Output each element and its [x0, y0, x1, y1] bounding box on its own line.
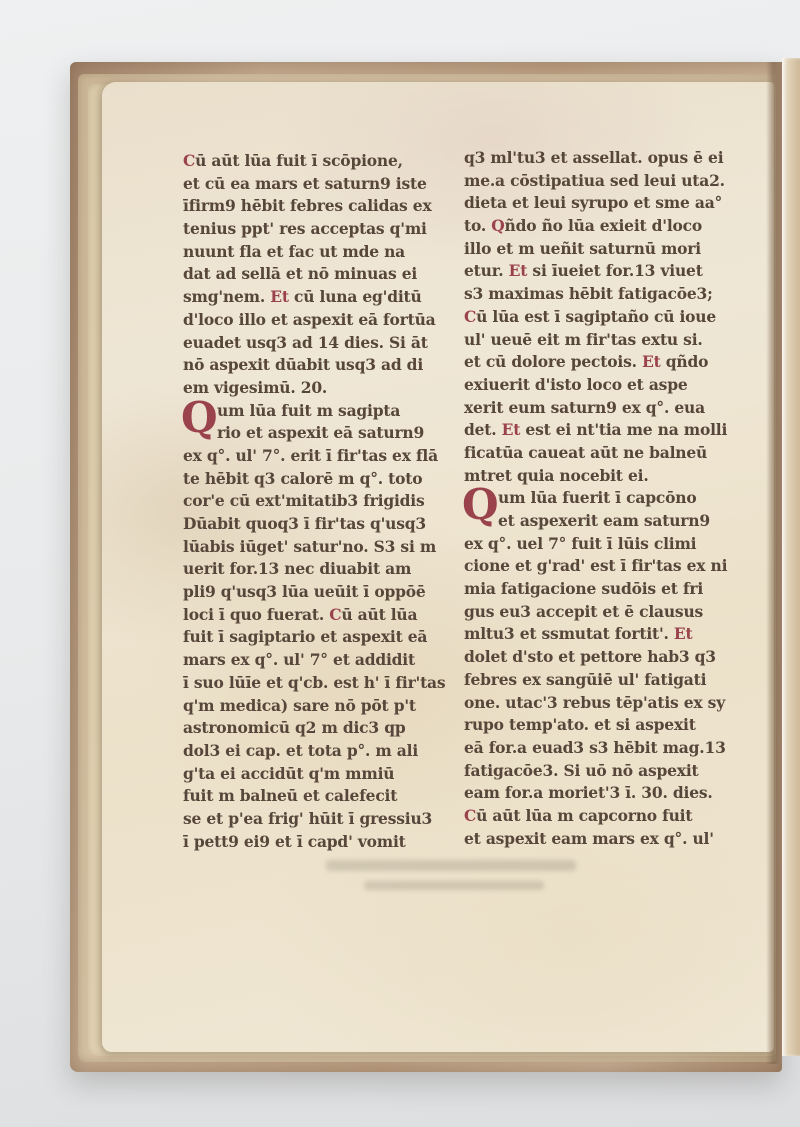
- manuscript-text-line: uerit for.13 nec diuabit am: [183, 558, 465, 581]
- ink-text: xerit eum saturn9 ex q°. eua: [464, 398, 705, 417]
- ink-text: uerit for.13 nec diuabit am: [183, 559, 411, 578]
- ink-text: q'm medica) sare nō pōt p't: [183, 696, 416, 715]
- manuscript-text-line: et aspexit eam mars ex q°. ul': [464, 828, 764, 851]
- photo-background: Cū aūt lūa fuit ī scōpione,et cū ea mars…: [0, 0, 800, 1127]
- ink-text: mars ex q°. ul' 7° et addidit: [183, 650, 415, 669]
- manuscript-text-line: mltu3 et ssmutat fortit'. Et: [464, 623, 764, 646]
- manuscript-text-line: s3 maximas hēbit fatigacōe3;: [464, 283, 764, 306]
- manuscript-text-line: etur. Et si īueiet for.13 viuet: [464, 260, 764, 283]
- rubricated-text: Et: [502, 420, 521, 439]
- show-through-ghost-text: [324, 854, 592, 906]
- ink-text: ficatūa caueat aūt ne balneū: [464, 443, 707, 462]
- manuscript-text-line: eā for.a euad3 s3 hēbit mag.13: [464, 737, 764, 760]
- manuscript-text-line: Dūabit quoq3 ī fir'tas q'usq3: [183, 513, 465, 536]
- manuscript-text-line: exiuerit d'isto loco et aspe: [464, 374, 764, 397]
- book-gutter-shadow: [766, 62, 782, 1064]
- manuscript-text-line: Qum lūa fuerit ī capcōno: [464, 487, 764, 510]
- manuscript-text-line: q3 ml'tu3 et assellat. opus ē ei: [464, 147, 764, 170]
- ink-text: cū luna eg'ditū: [289, 287, 422, 306]
- ink-text: cione et g'rad' est ī fir'tas ex ni: [464, 556, 727, 575]
- manuscript-text-line: nuunt fla et fac ut mde na: [183, 241, 465, 264]
- ink-text: etur.: [464, 261, 509, 280]
- ink-text: rupo temp'ato. et si aspexit: [464, 715, 696, 734]
- ink-text: et aspexit eam mars ex q°. ul': [464, 829, 714, 848]
- manuscript-text-line: q'm medica) sare nō pōt p't: [183, 695, 465, 718]
- ink-text: dat ad sellā et nō minuas ei: [183, 264, 417, 283]
- ink-text: eam for.a moriet'3 ī. 30. dies.: [464, 783, 713, 802]
- ink-text: et cū dolore pectois.: [464, 352, 642, 371]
- ink-text: et aspexerit eam saturn9: [498, 511, 710, 530]
- manuscript-text-line: se et p'ea frig' hūit ī gressiu3: [183, 808, 465, 831]
- ink-text: dieta et leui syrupo et sme aa°: [464, 193, 722, 212]
- ink-text: qñdo: [661, 352, 709, 371]
- manuscript-text-line: fuit m balneū et calefecit: [183, 785, 465, 808]
- ink-text: ū aūt lūa fuit ī scōpione,: [195, 151, 403, 170]
- manuscript-text-line: cor'e cū ext'mitatib3 frigidis: [183, 490, 465, 513]
- manuscript-text-line: fatigacōe3. Si uō nō aspexit: [464, 760, 764, 783]
- manuscript-text-line: to. Qñdo ño lūa exieit d'loco: [464, 215, 764, 238]
- ink-text: ū aūt lūa m capcorno fuit: [476, 806, 692, 825]
- ink-text: ī pett9 ei9 et ī capd' vomit: [183, 832, 406, 851]
- ink-text: q3 ml'tu3 et assellat. opus ē ei: [464, 148, 723, 167]
- ink-text: ī suo lūīe et q'cb. est h' ī fir'tas: [183, 673, 445, 692]
- manuscript-page: Cū aūt lūa fuit ī scōpione,et cū ea mars…: [102, 82, 774, 1052]
- manuscript-text-line: ī pett9 ei9 et ī capd' vomit: [183, 831, 465, 854]
- ink-text: tenius ppt' res acceptas q'mi: [183, 219, 427, 238]
- ink-text: g'ta ei accidūt q'm mmiū: [183, 764, 394, 783]
- manuscript-text-line: ex q°. uel 7° fuit ī lūis climi: [464, 533, 764, 556]
- ink-text: astronomicū q2 m dic3 qp: [183, 718, 405, 737]
- ink-text: fuit m balneū et calefecit: [183, 786, 397, 805]
- manuscript-text-line: ul' ueuē eit m fir'tas extu si.: [464, 329, 764, 352]
- ink-text: ex q°. ul' 7°. erit ī fir'tas ex flā: [183, 446, 438, 465]
- ink-text: exiuerit d'isto loco et aspe: [464, 375, 688, 394]
- manuscript-text-line: Cū lūa est ī sagiptaño cū ioue: [464, 306, 764, 329]
- manuscript-text-line: mtret quia nocebit ei.: [464, 465, 764, 488]
- manuscript-text-line: rio et aspexit eā saturn9: [183, 422, 465, 445]
- ink-text: fuit ī sagiptario et aspexit eā: [183, 627, 427, 646]
- ink-text: febres ex sangūiē ul' fatigati: [464, 670, 706, 689]
- ink-text: s3 maximas hēbit fatigacōe3;: [464, 284, 713, 303]
- ink-text: si īueiet for.13 viuet: [527, 261, 702, 280]
- ink-text: Dūabit quoq3 ī fir'tas q'usq3: [183, 514, 426, 533]
- rubricated-text: Q: [491, 216, 504, 235]
- ghost-line: [364, 881, 544, 890]
- manuscript-text-line: Cū aūt lūa m capcorno fuit: [464, 805, 764, 828]
- rubricated-text: Et: [642, 352, 661, 371]
- ink-text: te hēbit q3 calorē m q°. toto: [183, 469, 422, 488]
- manuscript-text-line: īfirm9 hēbit febres calidas ex: [183, 195, 465, 218]
- manuscript-text-line: dolet d'sto et pettore hab3 q3: [464, 646, 764, 669]
- ink-text: fatigacōe3. Si uō nō aspexit: [464, 761, 699, 780]
- manuscript-text-line: dol3 ei cap. et tota p°. m ali: [183, 740, 465, 763]
- ink-text: det.: [464, 420, 502, 439]
- ink-text: se et p'ea frig' hūit ī gressiu3: [183, 809, 432, 828]
- ink-text: um lūa fuit m sagipta: [217, 401, 400, 420]
- text-column-left: Cū aūt lūa fuit ī scōpione,et cū ea mars…: [183, 150, 465, 853]
- ink-text: eā for.a euad3 s3 hēbit mag.13: [464, 738, 726, 757]
- manuscript-text-line: astronomicū q2 m dic3 qp: [183, 717, 465, 740]
- manuscript-text-line: fuit ī sagiptario et aspexit eā: [183, 626, 465, 649]
- ink-text: est ei nt'tia me na molli: [520, 420, 727, 439]
- manuscript-text-line: Cū aūt lūa fuit ī scōpione,: [183, 150, 465, 173]
- ink-text: ū aūt lūa: [341, 605, 417, 624]
- ink-text: euadet usq3 ad 14 dies. Si āt: [183, 333, 428, 352]
- ink-text: mia fatigacione sudōis et fri: [464, 579, 703, 598]
- rubricated-text: C: [464, 307, 476, 326]
- facing-page-edge: [782, 58, 800, 1056]
- manuscript-text-line: nō aspexit dūabit usq3 ad di: [183, 354, 465, 377]
- rubricated-text: Et: [674, 624, 693, 643]
- manuscript-text-line: mars ex q°. ul' 7° et addidit: [183, 649, 465, 672]
- manuscript-text-line: et cū dolore pectois. Et qñdo: [464, 351, 764, 374]
- ink-text: nuunt fla et fac ut mde na: [183, 242, 405, 261]
- manuscript-text-line: g'ta ei accidūt q'm mmiū: [183, 763, 465, 786]
- ink-text: mltu3 et ssmutat fortit'.: [464, 624, 674, 643]
- ink-text: d'loco illo et aspexit eā fortūa: [183, 310, 436, 329]
- ink-text: nō aspexit dūabit usq3 ad di: [183, 355, 423, 374]
- ink-text: pli9 q'usq3 lūa ueūit ī oppōē: [183, 582, 426, 601]
- manuscript-text-line: det. Et est ei nt'tia me na molli: [464, 419, 764, 442]
- manuscript-text-line: lūabis iūget' satur'no. S3 si m: [183, 536, 465, 559]
- manuscript-text-line: dieta et leui syrupo et sme aa°: [464, 192, 764, 215]
- ink-text: ex q°. uel 7° fuit ī lūis climi: [464, 534, 696, 553]
- ink-text: illo et m ueñit saturnū mori: [464, 239, 701, 258]
- manuscript-text-line: xerit eum saturn9 ex q°. eua: [464, 397, 764, 420]
- manuscript-text-line: ī suo lūīe et q'cb. est h' ī fir'tas: [183, 672, 465, 695]
- ink-text: rio et aspexit eā saturn9: [217, 423, 424, 442]
- manuscript-text-line: tenius ppt' res acceptas q'mi: [183, 218, 465, 241]
- manuscript-text-line: mia fatigacione sudōis et fri: [464, 578, 764, 601]
- manuscript-text-line: d'loco illo et aspexit eā fortūa: [183, 309, 465, 332]
- manuscript-text-line: me.a cōstipatiua sed leui uta2.: [464, 170, 764, 193]
- ink-text: dol3 ei cap. et tota p°. m ali: [183, 741, 418, 760]
- ink-text: um lūa fuerit ī capcōno: [498, 488, 696, 507]
- manuscript-text-line: ex q°. ul' 7°. erit ī fir'tas ex flā: [183, 445, 465, 468]
- ink-text: one. utac'3 rebus tēp'atis ex sy: [464, 693, 725, 712]
- rubricated-text: Et: [509, 261, 528, 280]
- ink-text: cor'e cū ext'mitatib3 frigidis: [183, 491, 425, 510]
- ink-text: et cū ea mars et saturn9 iste: [183, 174, 427, 193]
- manuscript-text-line: pli9 q'usq3 lūa ueūit ī oppōē: [183, 581, 465, 604]
- ink-text: ul' ueuē eit m fir'tas extu si.: [464, 330, 703, 349]
- text-column-right: q3 ml'tu3 et assellat. opus ē eime.a cōs…: [464, 147, 764, 850]
- ink-text: to.: [464, 216, 491, 235]
- manuscript-text-line: te hēbit q3 calorē m q°. toto: [183, 468, 465, 491]
- rubricated-text: Et: [270, 287, 289, 306]
- manuscript-text-line: illo et m ueñit saturnū mori: [464, 238, 764, 261]
- rubricated-text: C: [464, 806, 476, 825]
- manuscript-text-line: cione et g'rad' est ī fir'tas ex ni: [464, 555, 764, 578]
- ghost-line: [326, 860, 576, 871]
- manuscript-text-line: et aspexerit eam saturn9: [464, 510, 764, 533]
- manuscript-text-line: ficatūa caueat aūt ne balneū: [464, 442, 764, 465]
- manuscript-text-line: gus eu3 accepit et ē clausus: [464, 601, 764, 624]
- manuscript-text-line: em vigesimū. 20.: [183, 377, 465, 400]
- ink-text: dolet d'sto et pettore hab3 q3: [464, 647, 716, 666]
- ink-text: lūabis iūget' satur'no. S3 si m: [183, 537, 436, 556]
- manuscript-text-line: Qum lūa fuit m sagipta: [183, 400, 465, 423]
- ink-text: ñdo ño lūa exieit d'loco: [505, 216, 703, 235]
- ink-text: gus eu3 accepit et ē clausus: [464, 602, 703, 621]
- manuscript-text-line: et cū ea mars et saturn9 iste: [183, 173, 465, 196]
- manuscript-text-line: febres ex sangūiē ul' fatigati: [464, 669, 764, 692]
- manuscript-text-line: smg'nem. Et cū luna eg'ditū: [183, 286, 465, 309]
- rubricated-text: C: [329, 605, 341, 624]
- ink-text: ū lūa est ī sagiptaño cū ioue: [476, 307, 716, 326]
- manuscript-text-line: dat ad sellā et nō minuas ei: [183, 263, 465, 286]
- manuscript-text-line: loci ī quo fuerat. Cū aūt lūa: [183, 604, 465, 627]
- ink-text: smg'nem.: [183, 287, 270, 306]
- ink-text: me.a cōstipatiua sed leui uta2.: [464, 171, 725, 190]
- manuscript-text-line: rupo temp'ato. et si aspexit: [464, 714, 764, 737]
- ink-text: īfirm9 hēbit febres calidas ex: [183, 196, 432, 215]
- manuscript-text-line: one. utac'3 rebus tēp'atis ex sy: [464, 692, 764, 715]
- manuscript-text-line: euadet usq3 ad 14 dies. Si āt: [183, 332, 465, 355]
- manuscript-text-line: eam for.a moriet'3 ī. 30. dies.: [464, 782, 764, 805]
- ink-text: loci ī quo fuerat.: [183, 605, 329, 624]
- rubricated-text: C: [183, 151, 195, 170]
